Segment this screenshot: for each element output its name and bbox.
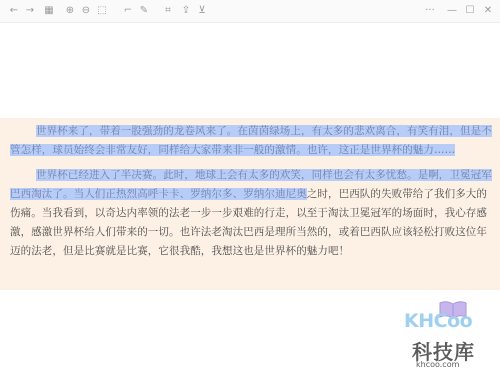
crop-icon[interactable]: ⌐: [122, 4, 134, 18]
watermark-logo: KHCoo 科技库 khcoo.com: [398, 300, 492, 370]
more-options-icon[interactable]: ···: [422, 4, 438, 18]
zoom-in-icon[interactable]: ⊕: [64, 4, 76, 18]
viewer-toolbar: ← → ▦ ⊕ ⊖ ⬚ ⌐ ✎ ⌗ ⇪ ⊻ ··· — ☐ ✕: [0, 0, 500, 23]
watermark-url: khcoo.com: [416, 360, 459, 369]
edit-icon[interactable]: ✎: [138, 4, 150, 18]
save-icon[interactable]: ⊻: [196, 4, 208, 18]
selected-text[interactable]: 世界杯来了，带着一股强劲的龙卷风来了。在茵茵绿场上，有太多的悲欢离合，有笑有泪，…: [36, 125, 492, 137]
zoom-out-icon[interactable]: ⊖: [80, 4, 92, 18]
paragraph-2[interactable]: 世界杯已经进入了半决赛。此时，地球上会有太多的欢笑，同样也会有太多忧愁。是啊，卫…: [28, 166, 478, 261]
scan-icon[interactable]: ⌗: [162, 4, 174, 18]
watermark-logo-text: KHCoo: [404, 310, 472, 332]
body-text: 激，感激世界杯给人们带来的一切。也许法老淘汰巴西是理所当然的，或着巴西队应该轻松…: [10, 223, 478, 242]
forward-arrow-icon[interactable]: →: [24, 4, 36, 18]
document-page: 世界杯来了，带着一股强劲的龙卷风来了。在茵茵绿场上，有太多的悲欢离合，有笑有泪，…: [0, 118, 500, 290]
body-text: 迈的法老，但是比赛就是比赛，它很我酷，我想这也是世界杯的魅力吧！: [10, 242, 478, 261]
paragraph-1[interactable]: 世界杯来了，带着一股强劲的龙卷风来了。在茵茵绿场上，有太多的悲欢离合，有笑有泪，…: [28, 122, 478, 160]
selected-text[interactable]: 管怎样，球员始终会非常友好，同样给大家带来非一般的激情。也许，这正是世界杯的魅力…: [10, 144, 455, 156]
selected-text[interactable]: 巴西淘汰了。当人们正热烈高呼卡卡、罗纳尔多、罗纳尔迪尼奥: [10, 188, 307, 200]
grid-view-icon[interactable]: ▦: [42, 4, 56, 18]
close-icon[interactable]: ✕: [482, 4, 494, 18]
minimize-icon[interactable]: —: [446, 4, 458, 18]
export-icon[interactable]: ⇪: [180, 4, 192, 18]
selected-text[interactable]: 世界杯已经进入了半决赛。此时，地球上会有太多的欢笑，同样也会有太多忧愁。是啊，卫…: [36, 169, 492, 181]
body-text: 之时，巴西队的失败带给了我们多大的: [307, 188, 487, 200]
body-text: 伤痛。当我看到，以奇达内率领的法老一步一步艰难的行走，以至于淘汰卫冕冠军的场面时…: [10, 204, 478, 223]
maximize-icon[interactable]: ☐: [464, 4, 476, 18]
fit-page-icon[interactable]: ⬚: [96, 4, 108, 18]
back-arrow-icon[interactable]: ←: [8, 4, 20, 18]
